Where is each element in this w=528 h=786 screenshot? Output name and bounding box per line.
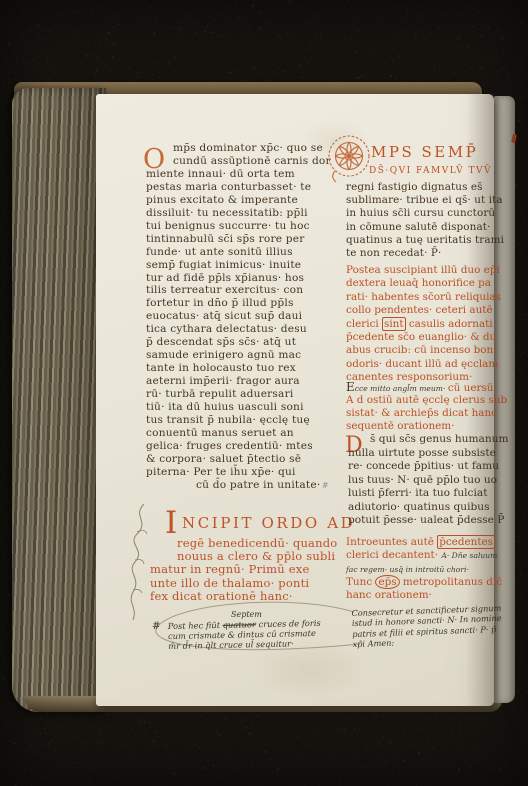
text-line: sublimare· tribue ei qs̄· ut ita bbox=[346, 194, 504, 207]
text-segment: fac regem· usq̄ in introitū chori· bbox=[346, 565, 469, 574]
text-segment: p̄ descendat sp̄s sc̄s· atq̄ ut bbox=[146, 336, 296, 348]
text-line: luisti p̄ferri· ita tuo fulciat bbox=[348, 487, 506, 501]
ornamental-rosette-initial bbox=[324, 129, 374, 187]
incipit-heading: NCIPIT ORDO AD bbox=[182, 514, 355, 532]
text-segment: collo pendentes· ceteri autē bbox=[346, 304, 493, 316]
text-line: rati· habentes sc̄orū reliquias bbox=[346, 291, 504, 304]
text-line: te non recedat· P̄· bbox=[346, 247, 504, 260]
text-line: miente innaui· dū orta tem bbox=[146, 168, 348, 181]
text-segment: lus tuus· N· quē pp̄lo tuo uo bbox=[348, 474, 497, 486]
text-line: sequentē orationem· bbox=[346, 420, 504, 433]
text-segment: nouus a clero & pp̄lo subli bbox=[177, 549, 335, 563]
text-line: sistat· & archiep̄s dicat hanc bbox=[346, 407, 504, 420]
church-door-rubric: A d ostiū autē ęcclę clerus subsistat· &… bbox=[346, 394, 504, 434]
text-segment: p̄cedentes bbox=[437, 535, 495, 549]
text-segment: unte illo de thalamo· ponti bbox=[150, 576, 309, 590]
text-segment: sequentē orationem· bbox=[346, 420, 454, 432]
text-line: nulla uirtute posse subsiste bbox=[348, 447, 506, 461]
text-line: dextera leuaq̄ honorifice pa bbox=[346, 277, 504, 290]
text-segment: xp̄i Amen: bbox=[352, 638, 394, 649]
text-line: tica cythara delectatus· desu bbox=[146, 323, 348, 336]
text-line: tus transit p̄ nubila· ęcclę tuę bbox=[146, 414, 348, 427]
marginal-hash-mark: # bbox=[152, 621, 160, 632]
text-segment: & corpora· saluet p̄tectio sē bbox=[146, 453, 301, 465]
lower-margin-note-right: Consecretur et sanctificetur signumistud… bbox=[351, 602, 527, 650]
text-line: Postea suscipiant illū duo ep̄i bbox=[346, 264, 504, 277]
text-segment: sistat· & archiep̄s dicat hanc bbox=[346, 407, 497, 419]
rubric-initial-i: I bbox=[165, 508, 177, 539]
text-segment: dextera leuaq̄ honorifice pa bbox=[346, 277, 491, 289]
text-line: pinus excitato & imperante bbox=[146, 194, 348, 207]
text-segment: odoris· ducant illū ad ęcclam bbox=[346, 358, 498, 370]
text-segment: cū uersū· bbox=[448, 382, 497, 394]
text-line: conuentū manus seruet an bbox=[146, 427, 348, 440]
text-segment: metropolitanus dic̄ bbox=[400, 576, 502, 588]
text-segment: sublimare· tribue ei qs̄· ut ita bbox=[346, 194, 503, 206]
text-segment: conuentū manus seruet an bbox=[146, 427, 294, 439]
text-segment: dissiluit· tu necessitatib: pp̄li bbox=[146, 207, 308, 219]
text-line: potuit p̄esse· ualeat p̄desse P̄ bbox=[348, 514, 506, 528]
text-line: p̄cedente sc̄o euanglio· & du bbox=[346, 331, 504, 344]
text-segment: in cōmune salutē disponat· bbox=[346, 221, 490, 233]
text-line: re· concede p̄pitius· ut famu bbox=[348, 460, 506, 474]
text-segment: pestas maria conturbasset· te bbox=[146, 181, 311, 193]
text-line: aeterni imp̄erii· fragor aura bbox=[146, 375, 348, 388]
text-segment: cundū assūptionē carnis dor bbox=[173, 155, 331, 167]
text-segment: Postea suscipiant illū duo ep̄i bbox=[346, 264, 500, 276]
text-line: pestas maria conturbasset· te bbox=[146, 181, 348, 194]
text-segment: rati· habentes sc̄orū reliquias bbox=[346, 291, 501, 303]
text-line: quatinus a tuę ueritatis trami bbox=[346, 234, 504, 247]
text-segment: abus crucib: cū incenso boni bbox=[346, 344, 497, 356]
text-line: abus crucib: cū incenso boni bbox=[346, 344, 504, 357]
text-line: Ecce mitto angl̄m meum· cū uersū· bbox=[346, 381, 504, 395]
text-segment: tintinnabulū sc̄i sp̄s rore per bbox=[146, 233, 304, 245]
text-segment: # bbox=[320, 481, 327, 490]
text-segment: euocatus· atq̄ sicut sup̄ daui bbox=[146, 310, 302, 322]
text-line: gelica· fruges credentiū· mtes bbox=[146, 440, 348, 453]
text-segment: E bbox=[346, 380, 355, 394]
text-segment: regē benedicendū· quando bbox=[177, 536, 337, 550]
text-segment: clerici bbox=[346, 318, 382, 330]
text-segment: potuit p̄esse· ualeat p̄desse P̄ bbox=[348, 514, 504, 526]
text-line: cū d̄o patre in unitate· # bbox=[146, 479, 348, 493]
text-segment: tiū· ita dū huius uasculi soni bbox=[146, 401, 304, 413]
text-line: tante in holocausto tuo rex bbox=[146, 362, 348, 375]
text-line: Introeuntes autē p̄cedentes bbox=[346, 536, 504, 549]
text-line: euocatus· atq̄ sicut sup̄ daui bbox=[146, 310, 348, 323]
text-segment: funde· ut ante sonitū illius bbox=[146, 246, 293, 258]
text-segment: miente innaui· dū orta tem bbox=[146, 168, 295, 180]
text-line: p̄ descendat sp̄s sc̄s· atq̄ ut bbox=[146, 336, 348, 349]
text-segment: hanc orationem· bbox=[346, 589, 432, 601]
text-segment: cce mitto angl̄m meum· bbox=[355, 384, 448, 393]
deus-qui-prayer-text: s̄ qui sc̄s genus humanumnulla uirtute p… bbox=[348, 433, 506, 528]
stacked-page-edges bbox=[12, 88, 106, 712]
text-segment: fortetur in dn̄o p̄ illud pp̄ls bbox=[146, 297, 294, 309]
text-segment: ep̄s bbox=[375, 575, 399, 589]
text-line: adiutorio· quatinus quibus bbox=[348, 501, 506, 515]
collect-prayer-text: regni fastigio dignatus es̄sublimare· tr… bbox=[346, 181, 504, 260]
text-segment: quatuor bbox=[223, 619, 256, 630]
text-segment: fex dicat orationē hanc· bbox=[150, 589, 293, 603]
text-line: tiū· ita dū huius uasculi soni bbox=[146, 401, 348, 414]
text-segment: A· Dn̄e saluum bbox=[441, 551, 497, 560]
text-line: cundū assūptionē carnis dor bbox=[146, 155, 348, 168]
text-line: in huius sc̄li cursu cunctorū bbox=[346, 207, 504, 220]
text-segment: tante in holocausto tuo rex bbox=[146, 362, 296, 374]
text-segment: regni fastigio dignatus es̄ bbox=[346, 181, 483, 193]
text-line: regni fastigio dignatus es̄ bbox=[346, 181, 504, 194]
text-segment: samude erinigero agnū mac bbox=[146, 349, 301, 361]
text-segment: tilis terreatur exercitus· con bbox=[146, 284, 303, 296]
text-line: in cōmune salutē disponat· bbox=[346, 221, 504, 234]
versicle-line: Ecce mitto angl̄m meum· cū uersū· bbox=[346, 381, 504, 395]
text-line: tur ad fidē pp̄ls xp̄ianus· hos bbox=[146, 272, 348, 285]
text-segment: tus transit p̄ nubila· ęcclę tuę bbox=[146, 414, 310, 426]
text-line: funde· ut ante sonitū illius bbox=[146, 246, 348, 259]
text-segment: piterna· Per te ih̄u xp̄e· qui bbox=[146, 466, 296, 478]
text-segment: te non recedat· P̄· bbox=[346, 247, 441, 259]
right-column-heading: MPS SEMP̄ bbox=[371, 143, 478, 161]
text-line: clerici sint casulis adornati bbox=[346, 318, 504, 331]
text-segment: mp̄s dominator xp̄c· quo se bbox=[173, 142, 323, 154]
text-segment: pinus excitato & imperante bbox=[146, 194, 298, 206]
text-segment: gelica· fruges credentiū· mtes bbox=[146, 440, 313, 452]
text-segment: cū d̄o patre in unitate· bbox=[196, 479, 320, 491]
text-line: fortetur in dn̄o p̄ illud pp̄ls bbox=[146, 297, 348, 310]
text-line: dissiluit· tu necessitatib: pp̄li bbox=[146, 207, 348, 220]
text-segment: tica cythara delectatus· desu bbox=[146, 323, 307, 335]
lower-margin-note-left: Post hec fiūt quatuor cruces de foriscum… bbox=[168, 617, 364, 652]
text-segment: s̄ qui sc̄s genus humanum bbox=[370, 433, 509, 445]
procession-rubric-text: Postea suscipiant illū duo ep̄idextera l… bbox=[346, 264, 504, 385]
text-line: fac regem· usq̄ in introitū chori· bbox=[346, 563, 504, 576]
text-segment: clerici decantent· bbox=[346, 549, 441, 561]
text-segment: sint bbox=[382, 317, 406, 331]
text-segment: rū· turbā repulit aduersari bbox=[146, 388, 293, 400]
text-segment: casulis adornati bbox=[406, 318, 493, 330]
text-line: odoris· ducant illū ad ęcclam bbox=[346, 358, 504, 371]
text-line: semp̄ fugiat inimicus· inuite bbox=[146, 259, 348, 272]
text-line: samude erinigero agnū mac bbox=[146, 349, 348, 362]
text-segment: Introeuntes autē bbox=[346, 536, 437, 548]
text-segment: quatinus a tuę ueritatis trami bbox=[346, 234, 504, 246]
text-line: & corpora· saluet p̄tectio sē bbox=[146, 453, 348, 466]
text-line: tilis terreatur exercitus· con bbox=[146, 284, 348, 297]
text-line: mp̄s dominator xp̄c· quo se bbox=[146, 142, 348, 155]
text-segment: tur ad fidē pp̄ls xp̄ianus· hos bbox=[146, 272, 304, 284]
text-line: Tunc ep̄s metropolitanus dic̄ bbox=[346, 576, 504, 589]
text-segment: re· concede p̄pitius· ut famu bbox=[348, 460, 499, 472]
text-line: lus tuus· N· quē pp̄lo tuo uo bbox=[348, 474, 506, 488]
text-segment: aeterni imp̄erii· fragor aura bbox=[146, 375, 300, 387]
text-line: hanc orationem· bbox=[346, 589, 504, 602]
manuscript-photograph: O mp̄s dominator xp̄c· quo secundū assūp… bbox=[0, 0, 528, 786]
text-line: clerici decantent· A· Dn̄e saluum bbox=[346, 549, 504, 562]
text-line: collo pendentes· ceteri autē bbox=[346, 304, 504, 317]
text-line: tintinnabulū sc̄i sp̄s rore per bbox=[146, 233, 348, 246]
text-segment: nulla uirtute posse subsiste bbox=[348, 447, 496, 459]
text-line: A d ostiū autē ęcclę clerus sub bbox=[346, 394, 504, 407]
text-segment: tui benignus succurre· tu hoc bbox=[146, 220, 310, 232]
text-line: s̄ qui sc̄s genus humanum bbox=[348, 433, 506, 447]
introit-rubric-text: Introeuntes autē p̄cedentesclerici decan… bbox=[346, 536, 504, 602]
text-segment: Tunc bbox=[346, 576, 375, 588]
left-column-prayer-text: mp̄s dominator xp̄c· quo secundū assūpti… bbox=[146, 142, 348, 493]
text-segment: adiutorio· quatinus quibus bbox=[348, 501, 490, 513]
text-segment: A d ostiū autē ęcclę clerus sub bbox=[346, 394, 507, 406]
right-column-subheading: DS̄·QVI FAMVLV̄ TVV̄ bbox=[369, 166, 492, 176]
text-line: rū· turbā repulit aduersari bbox=[146, 388, 348, 401]
text-segment: in huius sc̄li cursu cunctorū bbox=[346, 207, 495, 219]
text-line: tui benignus succurre· tu hoc bbox=[146, 220, 348, 233]
text-segment: matur in regnū· Primū exe bbox=[150, 562, 309, 576]
incipit-rubric-text: regē benedicendū· quandonouus a clero & … bbox=[150, 537, 355, 603]
text-line: piterna· Per te ih̄u xp̄e· qui bbox=[146, 466, 348, 479]
text-segment: luisti p̄ferri· ita tuo fulciat bbox=[348, 487, 487, 499]
interlinear-correction: Septem bbox=[231, 610, 262, 619]
text-segment: p̄cedente sc̄o euanglio· & du bbox=[346, 331, 496, 343]
text-segment: semp̄ fugiat inimicus· inuite bbox=[146, 259, 301, 271]
